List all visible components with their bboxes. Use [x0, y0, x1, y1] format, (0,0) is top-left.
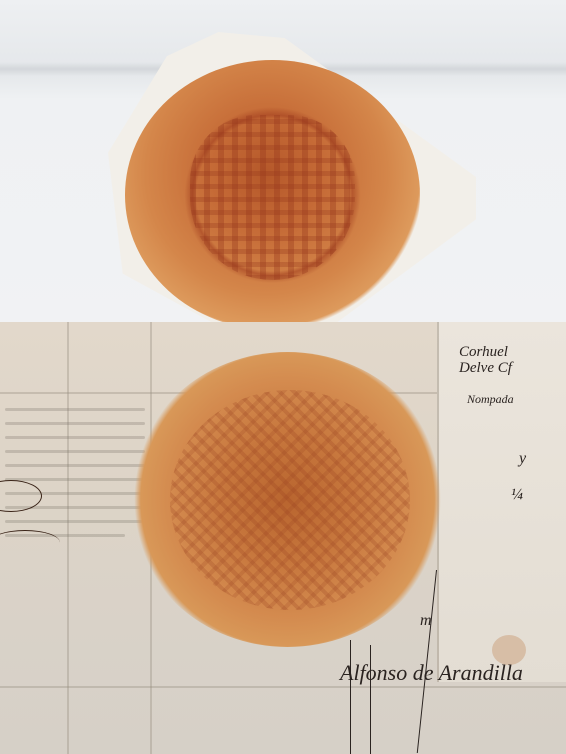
faded-text-line: [5, 478, 145, 481]
faded-text-line: [5, 464, 145, 467]
signature: Alfonso de Arandilla: [340, 660, 523, 686]
annotation-line-1: Corhuel: [459, 344, 508, 361]
faded-text-line: [5, 408, 145, 411]
fold-line: [67, 322, 69, 754]
faded-text-line: [5, 520, 145, 523]
annotation-line-2: Delve Cf: [459, 360, 512, 377]
photograph: Corhuel Delve Cf Nompada y ¼ Alfonso de …: [0, 0, 566, 754]
faded-text-line: [5, 436, 145, 439]
annotation-mark-1: y: [519, 450, 526, 468]
annotation-line-3: Nompada: [467, 392, 514, 407]
annotation-mark-2: ¼: [511, 486, 523, 504]
signature-stroke: [370, 645, 371, 754]
lower-seal-texture: [170, 390, 410, 610]
coat-of-arms-impression: [190, 115, 355, 280]
signature-stroke: [350, 640, 351, 754]
faded-text-line: [5, 450, 145, 453]
faded-text-line: [5, 422, 145, 425]
annotation-panel: Corhuel Delve Cf Nompada y ¼: [437, 322, 566, 682]
fold-line: [0, 686, 566, 688]
